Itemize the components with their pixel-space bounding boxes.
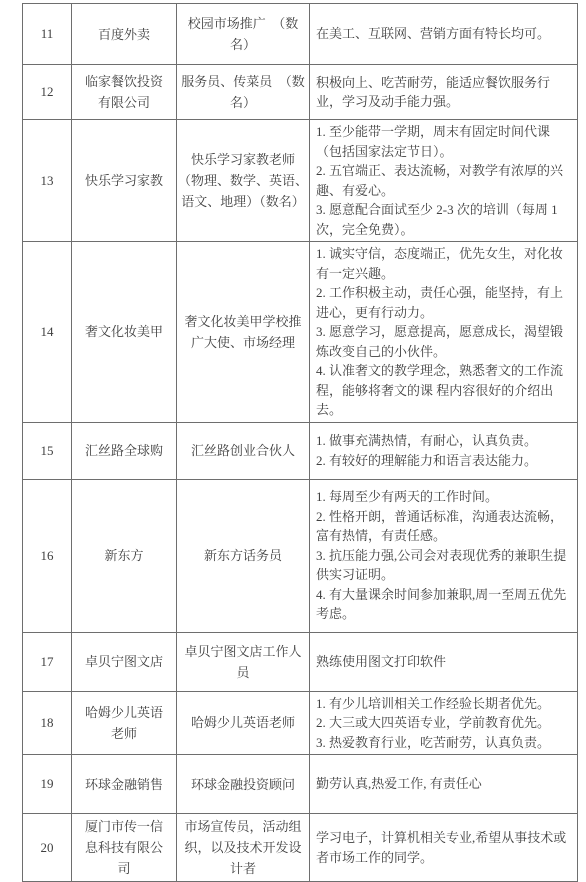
company-name-cell: 厦门市传一信 息科技有限公 司 bbox=[72, 814, 177, 882]
requirement-item: 学习电子，计算机相关专业,希望从事技术或者市场工作的同学。 bbox=[316, 828, 572, 867]
row-number-cell: 15 bbox=[23, 422, 72, 479]
requirements-cell: 勤劳认真,热爱工作, 有责任心 bbox=[310, 755, 578, 814]
position-title-cell: 奢文化妆美甲学校推 广大使、市场经理 bbox=[177, 242, 310, 423]
requirement-item: 2. 大三或大四英语专业，学前教育优先。 bbox=[316, 713, 572, 733]
table-row: 11 百度外卖 校园市场推广 （数 名） 在美工、互联网、营销方面有特长均可。 bbox=[23, 4, 578, 65]
requirement-item: 3. 热爱教育行业，吃苦耐劳，认真负责。 bbox=[316, 733, 572, 753]
company-name-cell: 百度外卖 bbox=[72, 4, 177, 65]
requirement-item: 1. 至少能带一学期，周末有固定时间代课（包括国家法定节日）。 bbox=[316, 122, 572, 161]
table-row: 15 汇丝路全球购 汇丝路创业合伙人 1. 做事充满热情，有耐心，认真负责。2.… bbox=[23, 422, 578, 479]
requirement-item: 在美工、互联网、营销方面有特长均可。 bbox=[316, 24, 572, 44]
row-number-cell: 18 bbox=[23, 691, 72, 755]
requirement-item: 4. 认准奢文的教学理念，熟悉奢文的工作流程，能够将奢文的课 程内容很好的介绍出… bbox=[316, 361, 572, 420]
requirement-item: 1. 有少儿培训相关工作经验长期者优先。 bbox=[316, 694, 572, 714]
requirement-item: 积极向上、吃苦耐劳，能适应餐饮服务行业，学习及动手能力强。 bbox=[316, 73, 572, 112]
requirement-item: 2. 有较好的理解能力和语言表达能力。 bbox=[316, 451, 572, 471]
table-row: 18 哈姆少儿英语 老师 哈姆少儿英语老师 1. 有少儿培训相关工作经验长期者优… bbox=[23, 691, 578, 755]
row-number-cell: 19 bbox=[23, 755, 72, 814]
position-title-cell: 新东方话务员 bbox=[177, 479, 310, 632]
document-page: 11 百度外卖 校园市场推广 （数 名） 在美工、互联网、营销方面有特长均可。 … bbox=[0, 0, 586, 882]
position-title-cell: 快乐学习家教老师 （物理、数学、英语、 语文、地理）（数名） bbox=[177, 120, 310, 242]
requirements-cell: 1. 诚实守信，态度端正，优先女生，对化妆有一定兴趣。2. 工作积极主动，责任心… bbox=[310, 242, 578, 423]
requirements-cell: 熟练使用图文打印软件 bbox=[310, 632, 578, 691]
position-title-cell: 汇丝路创业合伙人 bbox=[177, 422, 310, 479]
position-title-cell: 校园市场推广 （数 名） bbox=[177, 4, 310, 65]
requirement-item: 2. 五官端正、表达流畅，对教学有浓厚的兴趣、有爱心。 bbox=[316, 161, 572, 200]
requirements-cell: 1. 有少儿培训相关工作经验长期者优先。2. 大三或大四英语专业，学前教育优先。… bbox=[310, 691, 578, 755]
row-number-cell: 20 bbox=[23, 814, 72, 882]
company-name-cell: 哈姆少儿英语 老师 bbox=[72, 691, 177, 755]
requirements-cell: 学习电子，计算机相关专业,希望从事技术或者市场工作的同学。 bbox=[310, 814, 578, 882]
table-row: 17 卓贝宁图文店 卓贝宁图文店工作人 员 熟练使用图文打印软件 bbox=[23, 632, 578, 691]
requirement-item: 1. 诚实守信，态度端正，优先女生，对化妆有一定兴趣。 bbox=[316, 244, 572, 283]
requirement-item: 1. 每周至少有两天的工作时间。 bbox=[316, 487, 572, 507]
requirement-item: 熟练使用图文打印软件 bbox=[316, 652, 572, 672]
position-title-cell: 卓贝宁图文店工作人 员 bbox=[177, 632, 310, 691]
table-row: 13 快乐学习家教 快乐学习家教老师 （物理、数学、英语、 语文、地理）（数名）… bbox=[23, 120, 578, 242]
table-row: 14 奢文化妆美甲 奢文化妆美甲学校推 广大使、市场经理 1. 诚实守信，态度端… bbox=[23, 242, 578, 423]
requirements-cell: 积极向上、吃苦耐劳，能适应餐饮服务行业，学习及动手能力强。 bbox=[310, 65, 578, 120]
company-name-cell: 汇丝路全球购 bbox=[72, 422, 177, 479]
requirement-item: 4. 有大量课余时间参加兼职,周一至周五优先考虑。 bbox=[316, 585, 572, 624]
table-row: 16 新东方 新东方话务员 1. 每周至少有两天的工作时间。2. 性格开朗，普通… bbox=[23, 479, 578, 632]
requirements-cell: 在美工、互联网、营销方面有特长均可。 bbox=[310, 4, 578, 65]
row-number-cell: 13 bbox=[23, 120, 72, 242]
requirements-cell: 1. 做事充满热情，有耐心，认真负责。2. 有较好的理解能力和语言表达能力。 bbox=[310, 422, 578, 479]
position-title-cell: 环球金融投资顾问 bbox=[177, 755, 310, 814]
row-number-cell: 11 bbox=[23, 4, 72, 65]
requirement-item: 3. 愿意配合面试至少 2-3 次的培训（每周 1 次，完全免费）。 bbox=[316, 200, 572, 239]
row-number-cell: 16 bbox=[23, 479, 72, 632]
position-title-cell: 市场宣传员，活动组 织，以及技术开发设 计者 bbox=[177, 814, 310, 882]
company-name-cell: 奢文化妆美甲 bbox=[72, 242, 177, 423]
company-name-cell: 新东方 bbox=[72, 479, 177, 632]
job-table-body: 11 百度外卖 校园市场推广 （数 名） 在美工、互联网、营销方面有特长均可。 … bbox=[23, 4, 578, 882]
requirement-item: 1. 做事充满热情，有耐心，认真负责。 bbox=[316, 431, 572, 451]
requirements-cell: 1. 至少能带一学期，周末有固定时间代课（包括国家法定节日）。2. 五官端正、表… bbox=[310, 120, 578, 242]
requirement-item: 2. 性格开朗，普通话标准，沟通表达流畅，富有热情，有责任感。 bbox=[316, 507, 572, 546]
row-number-cell: 12 bbox=[23, 65, 72, 120]
job-listings-table: 11 百度外卖 校园市场推广 （数 名） 在美工、互联网、营销方面有特长均可。 … bbox=[22, 3, 578, 882]
requirement-item: 3. 愿意学习，愿意提高，愿意成长，渴望锻炼改变自己的小伙伴。 bbox=[316, 322, 572, 361]
requirement-item: 3. 抗压能力强,公司会对表现优秀的兼职生提供实习证明。 bbox=[316, 546, 572, 585]
requirement-item: 2. 工作积极主动，责任心强，能坚持，有上进心，更有行动力。 bbox=[316, 283, 572, 322]
company-name-cell: 快乐学习家教 bbox=[72, 120, 177, 242]
table-row: 12 临家餐饮投资 有限公司 服务员、传菜员 （数 名） 积极向上、吃苦耐劳，能… bbox=[23, 65, 578, 120]
requirements-cell: 1. 每周至少有两天的工作时间。2. 性格开朗，普通话标准，沟通表达流畅，富有热… bbox=[310, 479, 578, 632]
company-name-cell: 环球金融销售 bbox=[72, 755, 177, 814]
position-title-cell: 哈姆少儿英语老师 bbox=[177, 691, 310, 755]
row-number-cell: 14 bbox=[23, 242, 72, 423]
table-row: 19 环球金融销售 环球金融投资顾问 勤劳认真,热爱工作, 有责任心 bbox=[23, 755, 578, 814]
company-name-cell: 卓贝宁图文店 bbox=[72, 632, 177, 691]
position-title-cell: 服务员、传菜员 （数 名） bbox=[177, 65, 310, 120]
requirement-item: 勤劳认真,热爱工作, 有责任心 bbox=[316, 774, 572, 794]
company-name-cell: 临家餐饮投资 有限公司 bbox=[72, 65, 177, 120]
row-number-cell: 17 bbox=[23, 632, 72, 691]
